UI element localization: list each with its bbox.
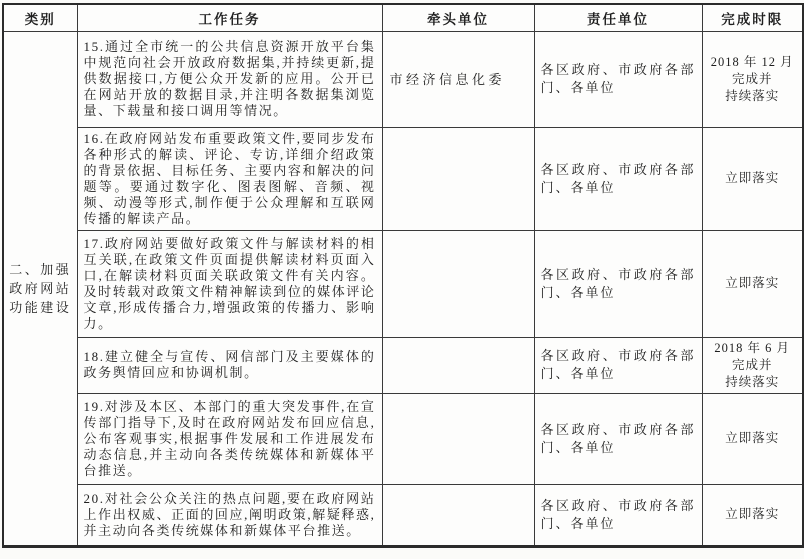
lead-unit-cell [382, 393, 534, 484]
category-cell: 二、加强政府网站功能建设 [3, 31, 77, 546]
task-cell: 20.对社会公众关注的热点问题,要在政府网站上作出权威、正面的回应,阐明政策,解… [77, 484, 382, 546]
table-row: 20.对社会公众关注的热点问题,要在政府网站上作出权威、正面的回应,阐明政策,解… [3, 484, 803, 546]
header-row: 类别 工作任务 牵头单位 责任单位 完成时限 [3, 4, 803, 31]
deadline-cell: 立即落实 [702, 230, 803, 337]
task-cell: 15.通过全市统一的公共信息资源开放平台集中规范向社会开放政府数据集,并持续更新… [77, 31, 382, 127]
table-row: 19.对涉及本区、本部门的重大突发事件,在宣传部门指导下,及时在政府网站发布回应… [3, 393, 803, 484]
deadline-cell: 立即落实 [702, 484, 803, 546]
task-cell: 18.建立健全与宣传、网信部门及主要媒体的政务舆情回应和协调机制。 [77, 337, 382, 393]
responsible-unit-cell: 各区政府、市政府各部门、各单位 [534, 230, 702, 337]
lead-unit-cell [382, 127, 534, 230]
table-row: 二、加强政府网站功能建设 15.通过全市统一的公共信息资源开放平台集中规范向社会… [3, 31, 803, 127]
lead-unit-cell: 市经济信息化委 [382, 31, 534, 127]
responsible-unit-cell: 各区政府、市政府各部门、各单位 [534, 393, 702, 484]
task-cell: 16.在政府网站发布重要政策文件,要同步发布各种形式的解读、评论、专访,详细介绍… [77, 127, 382, 230]
table-row: 18.建立健全与宣传、网信部门及主要媒体的政务舆情回应和协调机制。 各区政府、市… [3, 337, 803, 393]
column-header-lead-unit: 牵头单位 [382, 4, 534, 31]
lead-unit-cell [382, 337, 534, 393]
deadline-cell: 立即落实 [702, 127, 803, 230]
task-cell: 19.对涉及本区、本部门的重大突发事件,在宣传部门指导下,及时在政府网站发布回应… [77, 393, 382, 484]
responsible-unit-cell: 各区政府、市政府各部门、各单位 [534, 127, 702, 230]
table-row: 17.政府网站要做好政策文件与解读材料的相互关联,在政策文件页面提供解读材料页面… [3, 230, 803, 337]
responsible-unit-cell: 各区政府、市政府各部门、各单位 [534, 337, 702, 393]
table-row: 16.在政府网站发布重要政策文件,要同步发布各种形式的解读、评论、专访,详细介绍… [3, 127, 803, 230]
deadline-cell: 2018 年 12 月 完成并 持续落实 [702, 31, 803, 127]
column-header-deadline: 完成时限 [702, 4, 803, 31]
deadline-cell: 2018 年 6 月 完成并 持续落实 [702, 337, 803, 393]
responsible-unit-cell: 各区政府、市政府各部门、各单位 [534, 484, 702, 546]
column-header-task: 工作任务 [77, 4, 382, 31]
responsible-unit-cell: 各区政府、市政府各部门、各单位 [534, 31, 702, 127]
column-header-responsible-unit: 责任单位 [534, 4, 702, 31]
work-tasks-table: 类别 工作任务 牵头单位 责任单位 完成时限 二、加强政府网站功能建设 15.通… [2, 3, 804, 548]
deadline-cell: 立即落实 [702, 393, 803, 484]
document-page: 类别 工作任务 牵头单位 责任单位 完成时限 二、加强政府网站功能建设 15.通… [0, 0, 804, 559]
task-cell: 17.政府网站要做好政策文件与解读材料的相互关联,在政策文件页面提供解读材料页面… [77, 230, 382, 337]
lead-unit-cell [382, 484, 534, 546]
column-header-category: 类别 [3, 4, 77, 31]
lead-unit-cell [382, 230, 534, 337]
